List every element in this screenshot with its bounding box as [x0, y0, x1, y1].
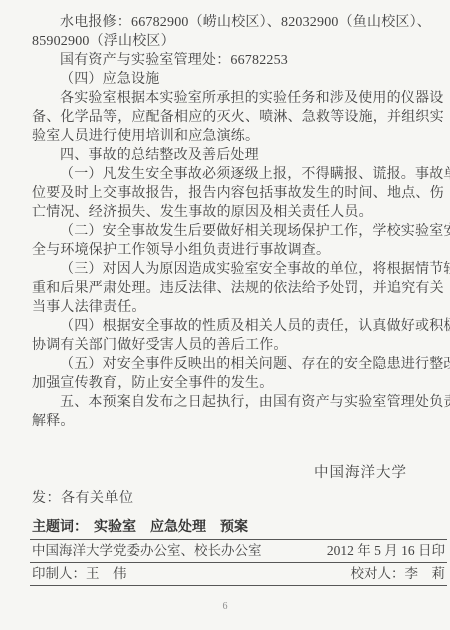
body-line: 各实验室根据本实验室所承担的实验任务和涉及使用的仪器设 [32, 89, 436, 108]
body-line: 验室人员进行使用培训和应急演练。 [32, 127, 436, 146]
document-body: 水电报修：66782900（崂山校区）、82032900（鱼山校区）、85902… [32, 13, 436, 431]
signature-org: 中国海洋大学 [314, 461, 407, 482]
issuer-offices: 中国海洋大学党委办公室、校长办公室 [32, 543, 262, 559]
body-line: （四）根据安全事故的性质及相关人员的责任，认真做好或积极 [32, 317, 436, 336]
body-line: 协调有关部门做好受害人员的善后工作。 [32, 336, 436, 355]
subject-label: 主题词： [32, 520, 88, 536]
proofreader-field: 校对人：李 莉 [351, 566, 446, 582]
printer-name: 王 伟 [86, 566, 127, 581]
body-line: 亡情况、经济损失、发生事故的原因及相关责任人员。 [32, 203, 436, 222]
body-line: （四）应急设施 [32, 70, 436, 89]
body-line: 全与环境保护工作领导小组负责进行事故调查。 [32, 241, 436, 260]
body-line: （二）安全事故发生后要做好相关现场保护工作，学校实验室安 [32, 222, 436, 241]
distribution-label: 发： [32, 491, 61, 506]
body-line: 四、事故的总结整改及善后处理 [32, 146, 436, 165]
body-line: 解释。 [32, 412, 436, 431]
body-line: （一）凡发生安全事故必须逐级上报，不得瞒报、谎报。事故单 [32, 165, 436, 184]
body-line: （五）对安全事件反映出的相关问题、存在的安全隐患进行整改。 [32, 355, 436, 374]
body-line: （三）对因人为原因造成实验室安全事故的单位，将根据情节轻 [32, 260, 436, 279]
document-page: 水电报修：66782900（崂山校区）、82032900（鱼山校区）、85902… [0, 0, 450, 630]
printer-field: 印制人：王 伟 [32, 566, 127, 582]
printer-row: 印制人：王 伟 校对人：李 莉 [30, 563, 447, 586]
body-line: 85902900（浮山校区） [32, 32, 436, 51]
document-footer: 主题词： 实验室 应急处理 预案 中国海洋大学党委办公室、校长办公室 2012 … [30, 517, 447, 586]
body-line: 加强宣传教育，防止安全事件的发生。 [32, 374, 436, 393]
issuer-row: 中国海洋大学党委办公室、校长办公室 2012 年 5 月 16 日印 [30, 540, 447, 563]
subject-keywords: 实验室 应急处理 预案 [94, 520, 248, 536]
print-date: 2012 年 5 月 16 日印 [327, 543, 445, 559]
subject-row: 主题词： 实验室 应急处理 预案 [30, 517, 447, 540]
body-line: 当事人法律责任。 [32, 298, 436, 317]
body-line: 备、化学品等，应配备相应的灭火、喷淋、急救等设施，并组织实 [32, 108, 436, 127]
page-number: 6 [0, 601, 450, 612]
body-line: 位要及时上交事故报告，报告内容包括事故发生的时间、地点、伤 [32, 184, 436, 203]
proofreader-name: 李 莉 [405, 566, 446, 581]
printer-label: 印制人： [32, 566, 86, 581]
distribution-value: 各有关单位 [61, 491, 134, 506]
body-line: 重和后果严肃处理。违反法律、法规的依法给予处罚，并追究有关 [32, 279, 436, 298]
proofreader-label: 校对人： [351, 566, 405, 581]
body-line: 水电报修：66782900（崂山校区）、82032900（鱼山校区）、 [32, 13, 436, 32]
distribution-line: 发：各有关单位 [32, 487, 134, 507]
body-line: 国有资产与实验室管理处：66782253 [32, 51, 436, 70]
body-line: 五、本预案自发布之日起执行，由国有资产与实验室管理处负责 [32, 393, 436, 412]
